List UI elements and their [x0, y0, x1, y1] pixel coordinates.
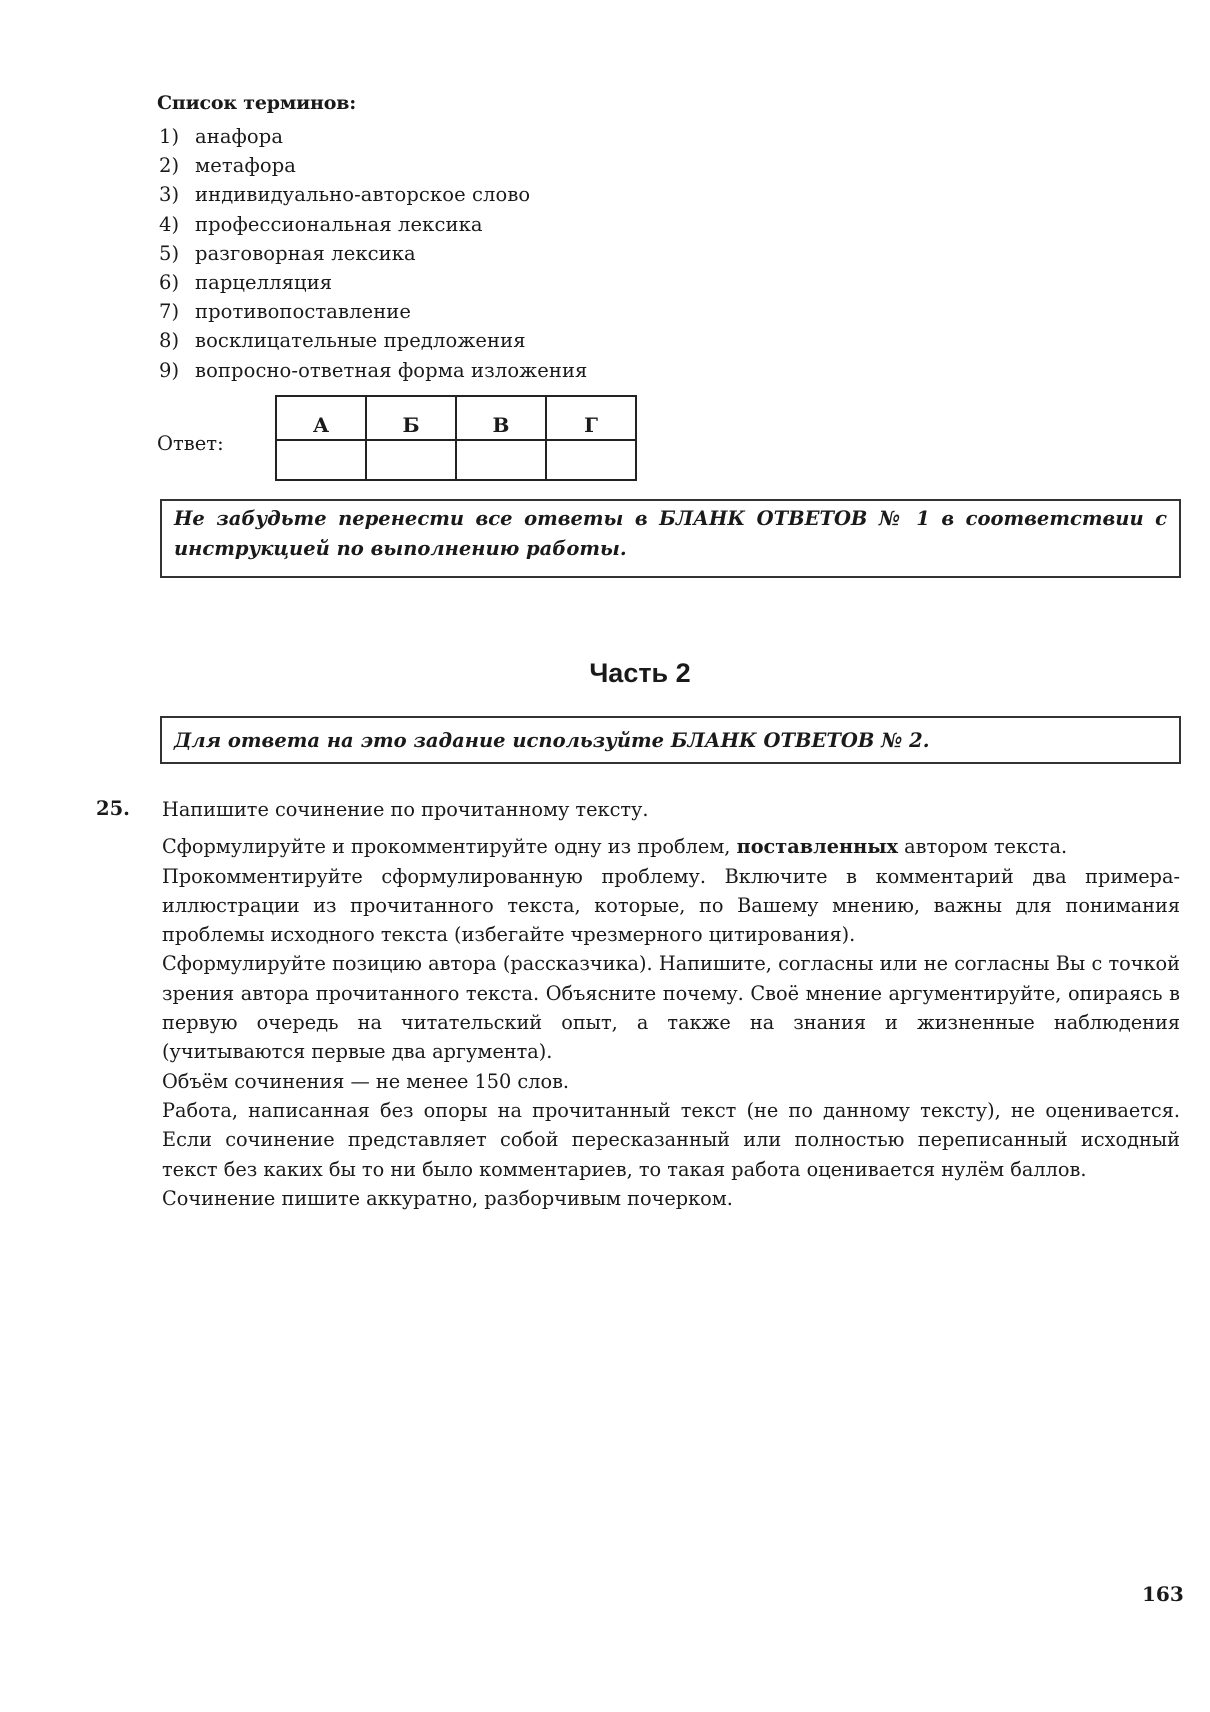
answer-cell-v[interactable] [456, 440, 546, 480]
term-number: 4) [159, 210, 195, 239]
term-number: 3) [159, 180, 195, 209]
term-label: анафора [195, 125, 283, 148]
term-item: 5)разговорная лексика [159, 239, 587, 268]
term-label: восклицательные предложения [195, 329, 526, 352]
task-paragraph: Прокомментируйте сформулированную пробле… [162, 862, 1180, 950]
term-label: профессиональная лексика [195, 213, 483, 236]
term-label: разговорная лексика [195, 242, 416, 265]
terms-list: 1)анафора 2)метафора 3)индивидуально-авт… [159, 122, 587, 385]
answer-table: А Б В Г [275, 395, 637, 481]
term-item: 1)анафора [159, 122, 587, 151]
transfer-answers-notice: Не забудьте перенести все ответы в БЛАНК… [160, 499, 1181, 578]
term-label: индивидуально-авторское слово [195, 183, 530, 206]
term-item: 7)противопоставление [159, 297, 587, 326]
task-body: Напишите сочинение по прочитанному текст… [162, 795, 1180, 1213]
term-label: вопросно-ответная форма изложения [195, 359, 587, 382]
task-number: 25. [96, 797, 130, 820]
answer-form-notice: Для ответа на это задание используйте БЛ… [160, 716, 1181, 764]
part-title: Часть 2 [0, 658, 1210, 689]
answer-cell-a[interactable] [276, 440, 366, 480]
term-item: 9)вопросно-ответная форма изложения [159, 356, 587, 385]
term-label: парцелляция [195, 271, 332, 294]
term-number: 5) [159, 239, 195, 268]
page-number: 163 [1142, 1582, 1184, 1606]
term-number: 1) [159, 122, 195, 151]
term-number: 7) [159, 297, 195, 326]
term-item: 3)индивидуально-авторское слово [159, 180, 587, 209]
terms-list-title: Список терминов: [157, 92, 356, 114]
term-item: 4)профессиональная лексика [159, 210, 587, 239]
answer-column-header: Г [546, 396, 636, 440]
answer-cell-g[interactable] [546, 440, 636, 480]
term-number: 2) [159, 151, 195, 180]
term-item: 6)парцелляция [159, 268, 587, 297]
task-text: автором текста. [898, 835, 1067, 858]
task-intro: Напишите сочинение по прочитанному текст… [162, 795, 1180, 824]
term-item: 8)восклицательные предложения [159, 326, 587, 355]
task-paragraph: Сформулируйте и прокомментируйте одну из… [162, 832, 1180, 861]
task-emphasis: поставленных [737, 835, 898, 858]
term-label: противопоставление [195, 300, 411, 323]
answer-column-header: А [276, 396, 366, 440]
task-paragraph: Сформулируйте позицию автора (рассказчик… [162, 949, 1180, 1066]
answer-column-header: Б [366, 396, 456, 440]
answer-label: Ответ: [157, 432, 224, 455]
task-paragraph: Объём сочинения — не менее 150 слов. [162, 1067, 1180, 1096]
task-paragraph: Работа, написанная без опоры на прочитан… [162, 1096, 1180, 1184]
task-text: Сформулируйте и прокомментируйте одну из… [162, 835, 737, 858]
term-number: 8) [159, 326, 195, 355]
term-number: 6) [159, 268, 195, 297]
term-label: метафора [195, 154, 296, 177]
term-number: 9) [159, 356, 195, 385]
task-paragraph: Сочинение пишите аккуратно, разборчивым … [162, 1184, 1180, 1213]
term-item: 2)метафора [159, 151, 587, 180]
answer-cell-b[interactable] [366, 440, 456, 480]
answer-column-header: В [456, 396, 546, 440]
